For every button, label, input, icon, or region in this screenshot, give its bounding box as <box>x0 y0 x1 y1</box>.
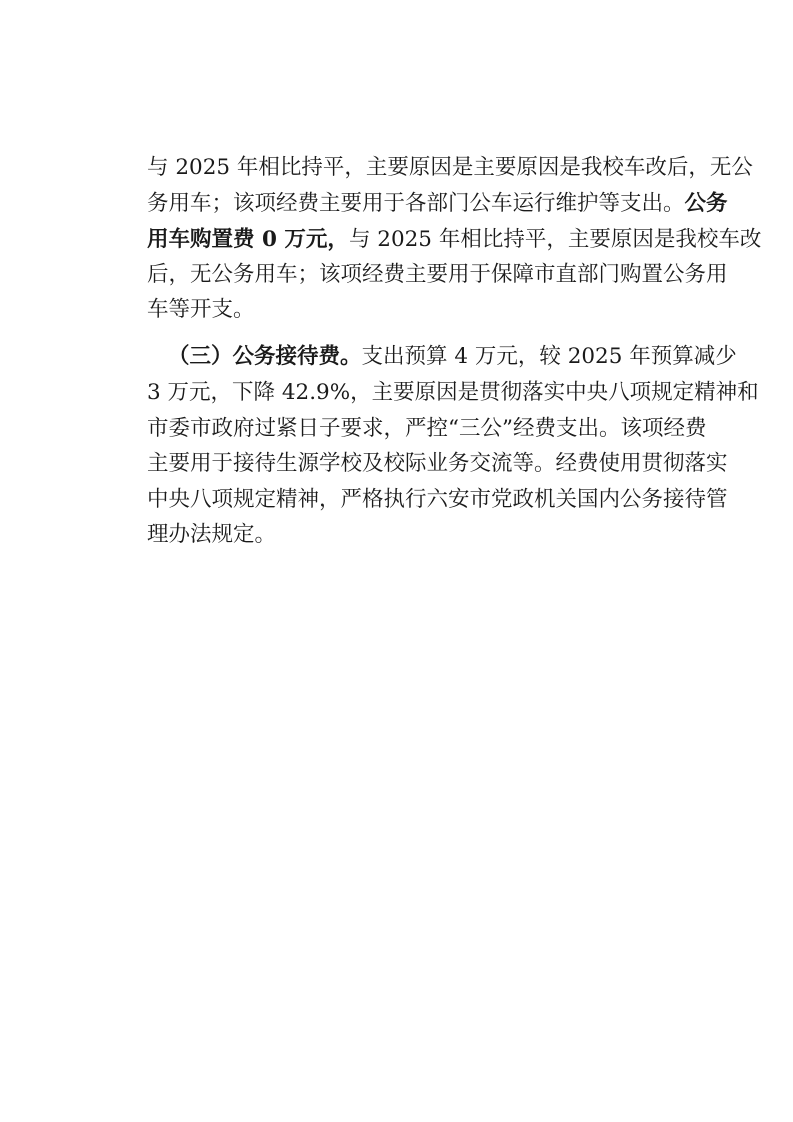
text-segment: 务用车；该项经费主要用于各部门公车运行维护等支出。 <box>147 191 685 216</box>
text-segment: 车等开支。 <box>147 297 255 322</box>
text-line: 务用车；该项经费主要用于各部门公车运行维护等支出。公务 <box>147 189 692 219</box>
text-segment: 理办法规定。 <box>147 522 276 547</box>
text-line: 主要用于接待生源学校及校际业务交流等。经费使用贯彻落实 <box>147 449 692 479</box>
text-segment: 与 2025 年相比持平，主要原因是我校车改 <box>349 227 761 252</box>
text-line: 与 2025 年相比持平，主要原因是主要原因是我校车改后，无公 <box>147 153 692 183</box>
text-segment: 后，无公务用车；该项经费主要用于保障市直部门购置公务用 <box>147 262 728 287</box>
bold-heading-segment: 用车购置费 0 万元， <box>147 227 349 252</box>
text-line: 后，无公务用车；该项经费主要用于保障市直部门购置公务用 <box>147 260 692 290</box>
text-line: 理办法规定。 <box>147 520 692 550</box>
text-segment: 中央八项规定精神，严格执行六安市党政机关国内公务接待管 <box>147 487 728 512</box>
text-line: （三）公务接待费。支出预算 4 万元，较 2025 年预算减少 <box>168 342 692 372</box>
text-segment: 主要用于接待生源学校及校际业务交流等。经费使用贯彻落实 <box>147 451 728 476</box>
text-segment: 3 万元，下降 42.9%，主要原因是贯彻落实中央八项规定精神和 <box>147 380 759 405</box>
text-line: 3 万元，下降 42.9%，主要原因是贯彻落实中央八项规定精神和 <box>147 378 692 408</box>
text-segment: 支出预算 4 万元，较 2025 年预算减少 <box>362 344 737 369</box>
text-line: 中央八项规定精神，严格执行六安市党政机关国内公务接待管 <box>147 485 692 515</box>
text-line: 用车购置费 0 万元，与 2025 年相比持平，主要原因是我校车改 <box>147 225 692 255</box>
text-line: 市委市政府过紧日子要求，严控“三公”经费支出。该项经费 <box>147 414 692 444</box>
bold-heading-segment: 公务 <box>685 191 728 216</box>
text-segment: 市委市政府过紧日子要求，严控“三公”经费支出。该项经费 <box>147 416 707 441</box>
text-segment: 与 2025 年相比持平，主要原因是主要原因是我校车改后，无公 <box>147 155 753 180</box>
document-page: 与 2025 年相比持平，主要原因是主要原因是我校车改后，无公 务用车；该项经费… <box>0 0 793 1122</box>
section-heading: （三）公务接待费。 <box>168 344 362 369</box>
text-line: 车等开支。 <box>147 295 692 325</box>
